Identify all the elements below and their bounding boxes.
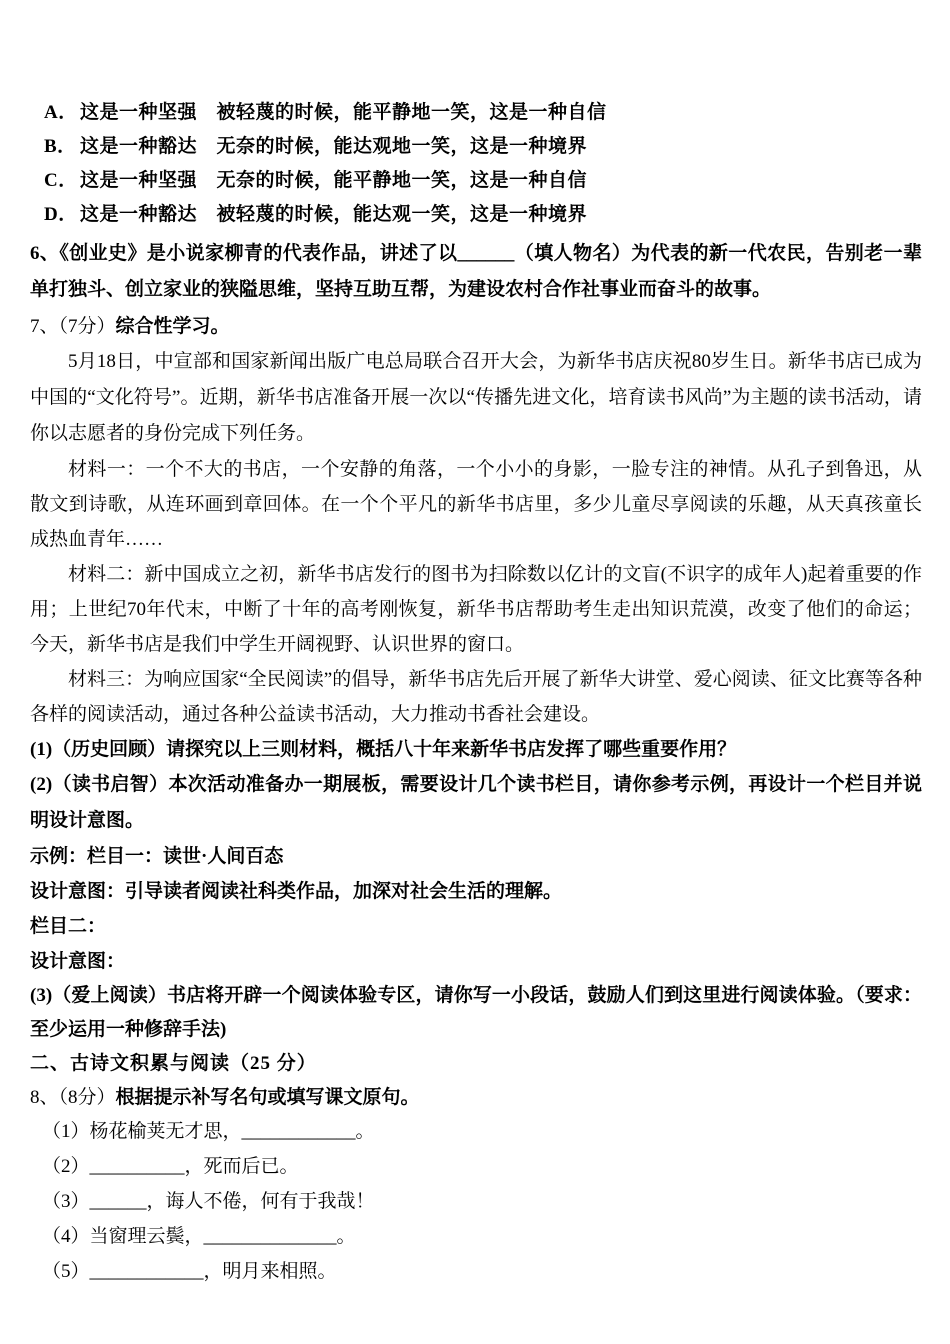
q7-subquestion-1: (1)（历史回顾）请探究以上三则材料，概括八十年来新华书店发挥了哪些重要作用？ [30, 732, 922, 767]
q7-subquestion-2: (2)（读书启智）本次活动准备办一期展板，需要设计几个读书栏目，请你参考示例，再… [30, 767, 922, 839]
question-6: 6、《创业史》是小说家柳青的代表作品，讲述了以______（填人物名）为代表的新… [30, 236, 922, 308]
q7-intent-label: 设计意图： [30, 944, 922, 979]
q7-example-intent-line: 设计意图：引导读者阅读社科类作品，加深对社会生活的理解。 [30, 874, 922, 909]
option-c: C．这是一种坚强 无奈的时候，能平静地一笑，这是一种自信 [44, 164, 922, 198]
option-c-text: 这是一种坚强 无奈的时候，能平静地一笑，这是一种自信 [80, 170, 587, 191]
option-b-text: 这是一种豁达 无奈的时候，能达观地一笑，这是一种境界 [80, 136, 587, 157]
option-a-label: A． [44, 96, 80, 130]
q7-example-line: 示例：栏目一：读世·人间百态 [30, 839, 922, 874]
exam-page: A．这是一种坚强 被轻蔑的时候，能平静地一笑，这是一种自信 B．这是一种豁达 无… [0, 0, 950, 1344]
question-8-number: 8、（8分） [30, 1087, 116, 1108]
q7-material-2: 材料二：新中国成立之初，新华书店发行的图书为扫除数以亿计的文盲(不识字的成年人)… [30, 557, 922, 662]
option-b: B．这是一种豁达 无奈的时候，能达观地一笑，这是一种境界 [44, 130, 922, 164]
q8-item-3: （3）______，诲人不倦，何有于我哉！ [30, 1184, 922, 1219]
option-d-label: D． [44, 198, 80, 232]
option-a: A．这是一种坚强 被轻蔑的时候，能平静地一笑，这是一种自信 [44, 96, 922, 130]
q7-material-1: 材料一：一个不大的书店，一个安静的角落，一个小小的身影，一脸专注的神情。从孔子到… [30, 452, 922, 557]
question-7-number: 7、（7分） [30, 316, 116, 337]
q7-subquestion-3: (3)（爱上阅读）书店将开辟一个阅读体验专区，请你写一小段话，鼓励人们到这里进行… [30, 979, 922, 1047]
q7-material-3: 材料三：为响应国家“全民阅读”的倡导，新华书店先后开展了新华大讲堂、爱心阅读、征… [30, 662, 922, 732]
section-2-heading: 二、古诗文积累与阅读（25 分） [30, 1049, 922, 1079]
question-8-title: 根据提示补写名句或填写课文原句。 [116, 1087, 420, 1108]
option-b-label: B． [44, 130, 80, 164]
option-d: D．这是一种豁达 被轻蔑的时候，能达观一笑，这是一种境界 [44, 198, 922, 232]
q8-item-4: （4）当窗理云鬓，______________。 [30, 1219, 922, 1254]
option-d-text: 这是一种豁达 被轻蔑的时候，能达观一笑，这是一种境界 [80, 204, 587, 225]
question-7-heading: 7、（7分）综合性学习。 [30, 310, 922, 344]
q8-item-2: （2）__________，死而后已。 [30, 1149, 922, 1184]
question-8-heading: 8、（8分）根据提示补写名句或填写课文原句。 [30, 1081, 922, 1114]
q7-intro-paragraph: 5月18日，中宣部和国家新闻出版广电总局联合召开大会，为新华书店庆祝80岁生日。… [30, 344, 922, 452]
q8-item-1: （1）杨花榆荚无才思，____________。 [30, 1114, 922, 1149]
q8-item-5: （5）____________，明月来相照。 [30, 1254, 922, 1289]
question-7-title: 综合性学习。 [116, 316, 230, 337]
q7-column2-label: 栏目二： [30, 909, 922, 944]
option-a-text: 这是一种坚强 被轻蔑的时候，能平静地一笑，这是一种自信 [80, 102, 607, 123]
option-c-label: C． [44, 164, 80, 198]
